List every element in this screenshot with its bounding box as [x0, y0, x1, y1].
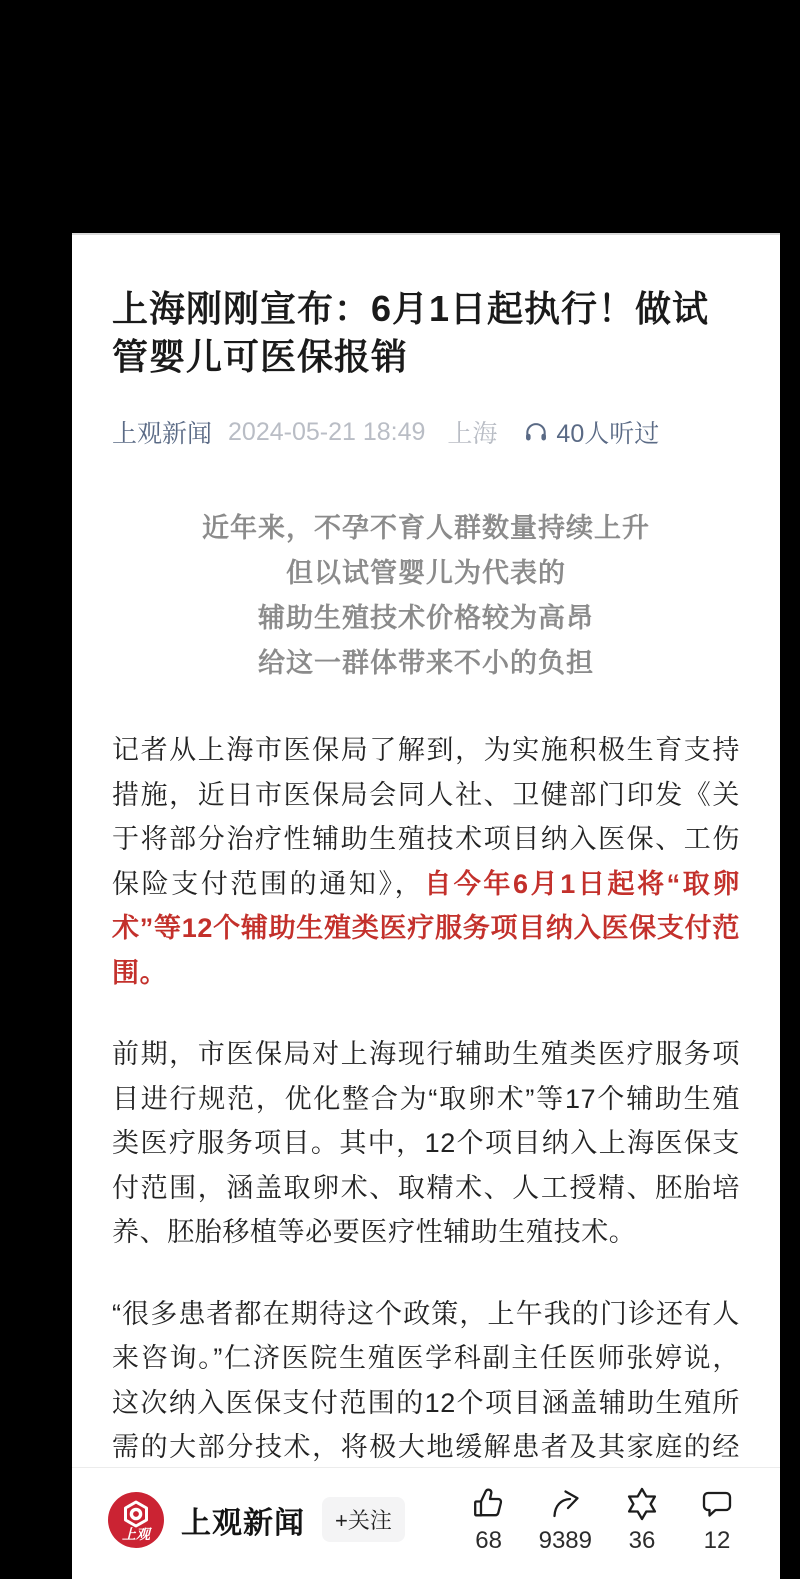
listen-button[interactable]: 40人听过 — [523, 414, 659, 450]
like-count: 68 — [475, 1527, 502, 1555]
page-title: 上海刚刚宣布：6月1日起执行！做试 管婴儿可医保报销 — [112, 285, 740, 381]
intro-block: 近年来，不孕不育人群数量持续上升但以试管婴儿为代表的辅助生殖技术价格较为高昂给这… — [112, 506, 740, 686]
paragraph: 前期，市医保局对上海现行辅助生殖类医疗服务项目进行规范，优化整合为“取卵术”等1… — [112, 1032, 740, 1255]
share-button[interactable]: 9389 — [539, 1485, 592, 1555]
account-name[interactable]: 上观新闻 — [181, 1498, 305, 1542]
paragraph: 记者从上海市医保局了解到，为实施积极生育支持措施，近日市医保局会同人社、卫健部门… — [112, 728, 740, 995]
comment-button[interactable]: 12 — [692, 1485, 742, 1555]
source-name[interactable]: 上观新闻 — [112, 414, 212, 450]
share-arrow-icon — [547, 1485, 583, 1523]
title-line-1: 上海刚刚宣布：6月1日起执行！做试 — [112, 285, 740, 333]
follow-button[interactable]: +关注 — [322, 1497, 405, 1542]
thumbs-up-icon — [471, 1485, 507, 1523]
comment-count: 12 — [704, 1527, 731, 1555]
title-line-2: 管婴儿可医保报销 — [112, 333, 740, 381]
intro-line: 但以试管婴儿为代表的 — [112, 551, 740, 596]
footer-bar: 上观 上观新闻 +关注 6893893612 — [72, 1467, 780, 1579]
intro-line: 辅助生殖技术价格较为高昂 — [112, 596, 740, 641]
intro-line: 给这一群体带来不小的负担 — [112, 641, 740, 686]
article-card: 上海刚刚宣布：6月1日起执行！做试 管婴儿可医保报销 上观新闻 2024-05-… — [72, 233, 780, 1579]
repost-count: 36 — [629, 1527, 656, 1555]
repost-button[interactable]: 36 — [617, 1485, 667, 1555]
source-avatar[interactable]: 上观 — [108, 1492, 164, 1548]
app-screen: { "colors": { "background": "#000000", "… — [0, 0, 800, 1579]
body-text: 前期，市医保局对上海现行辅助生殖类医疗服务项目进行规范，优化整合为“取卵术”等1… — [112, 1039, 740, 1247]
star-burst-icon — [624, 1485, 660, 1523]
publish-datetime: 2024-05-21 18:49 — [228, 418, 425, 447]
article-body: 记者从上海市医保局了解到，为实施积极生育支持措施，近日市医保局会同人社、卫健部门… — [112, 728, 740, 1467]
body-text: “很多患者都在期待这个政策，上午我的门诊还有人来咨询。”仁济医院生殖医学科副主任… — [112, 1299, 740, 1468]
article-content: 上海刚刚宣布：6月1日起执行！做试 管婴儿可医保报销 上观新闻 2024-05-… — [72, 235, 780, 1467]
byline: 上观新闻 2024-05-21 18:49 上海 40人听过 — [112, 414, 740, 450]
like-button[interactable]: 68 — [464, 1485, 514, 1555]
shangguan-logo-icon: 上观 — [108, 1492, 164, 1548]
action-bar: 6893893612 — [464, 1485, 742, 1555]
publish-location: 上海 — [447, 414, 497, 450]
intro-line: 近年来，不孕不育人群数量持续上升 — [112, 506, 740, 551]
headphones-icon — [523, 419, 549, 445]
comment-bubble-icon — [699, 1485, 735, 1523]
listen-count: 40人听过 — [556, 414, 659, 450]
share-count: 9389 — [539, 1527, 592, 1555]
svg-text:上观: 上观 — [122, 1526, 152, 1542]
paragraph: “很多患者都在期待这个政策，上午我的门诊还有人来咨询。”仁济医院生殖医学科副主任… — [112, 1292, 740, 1468]
